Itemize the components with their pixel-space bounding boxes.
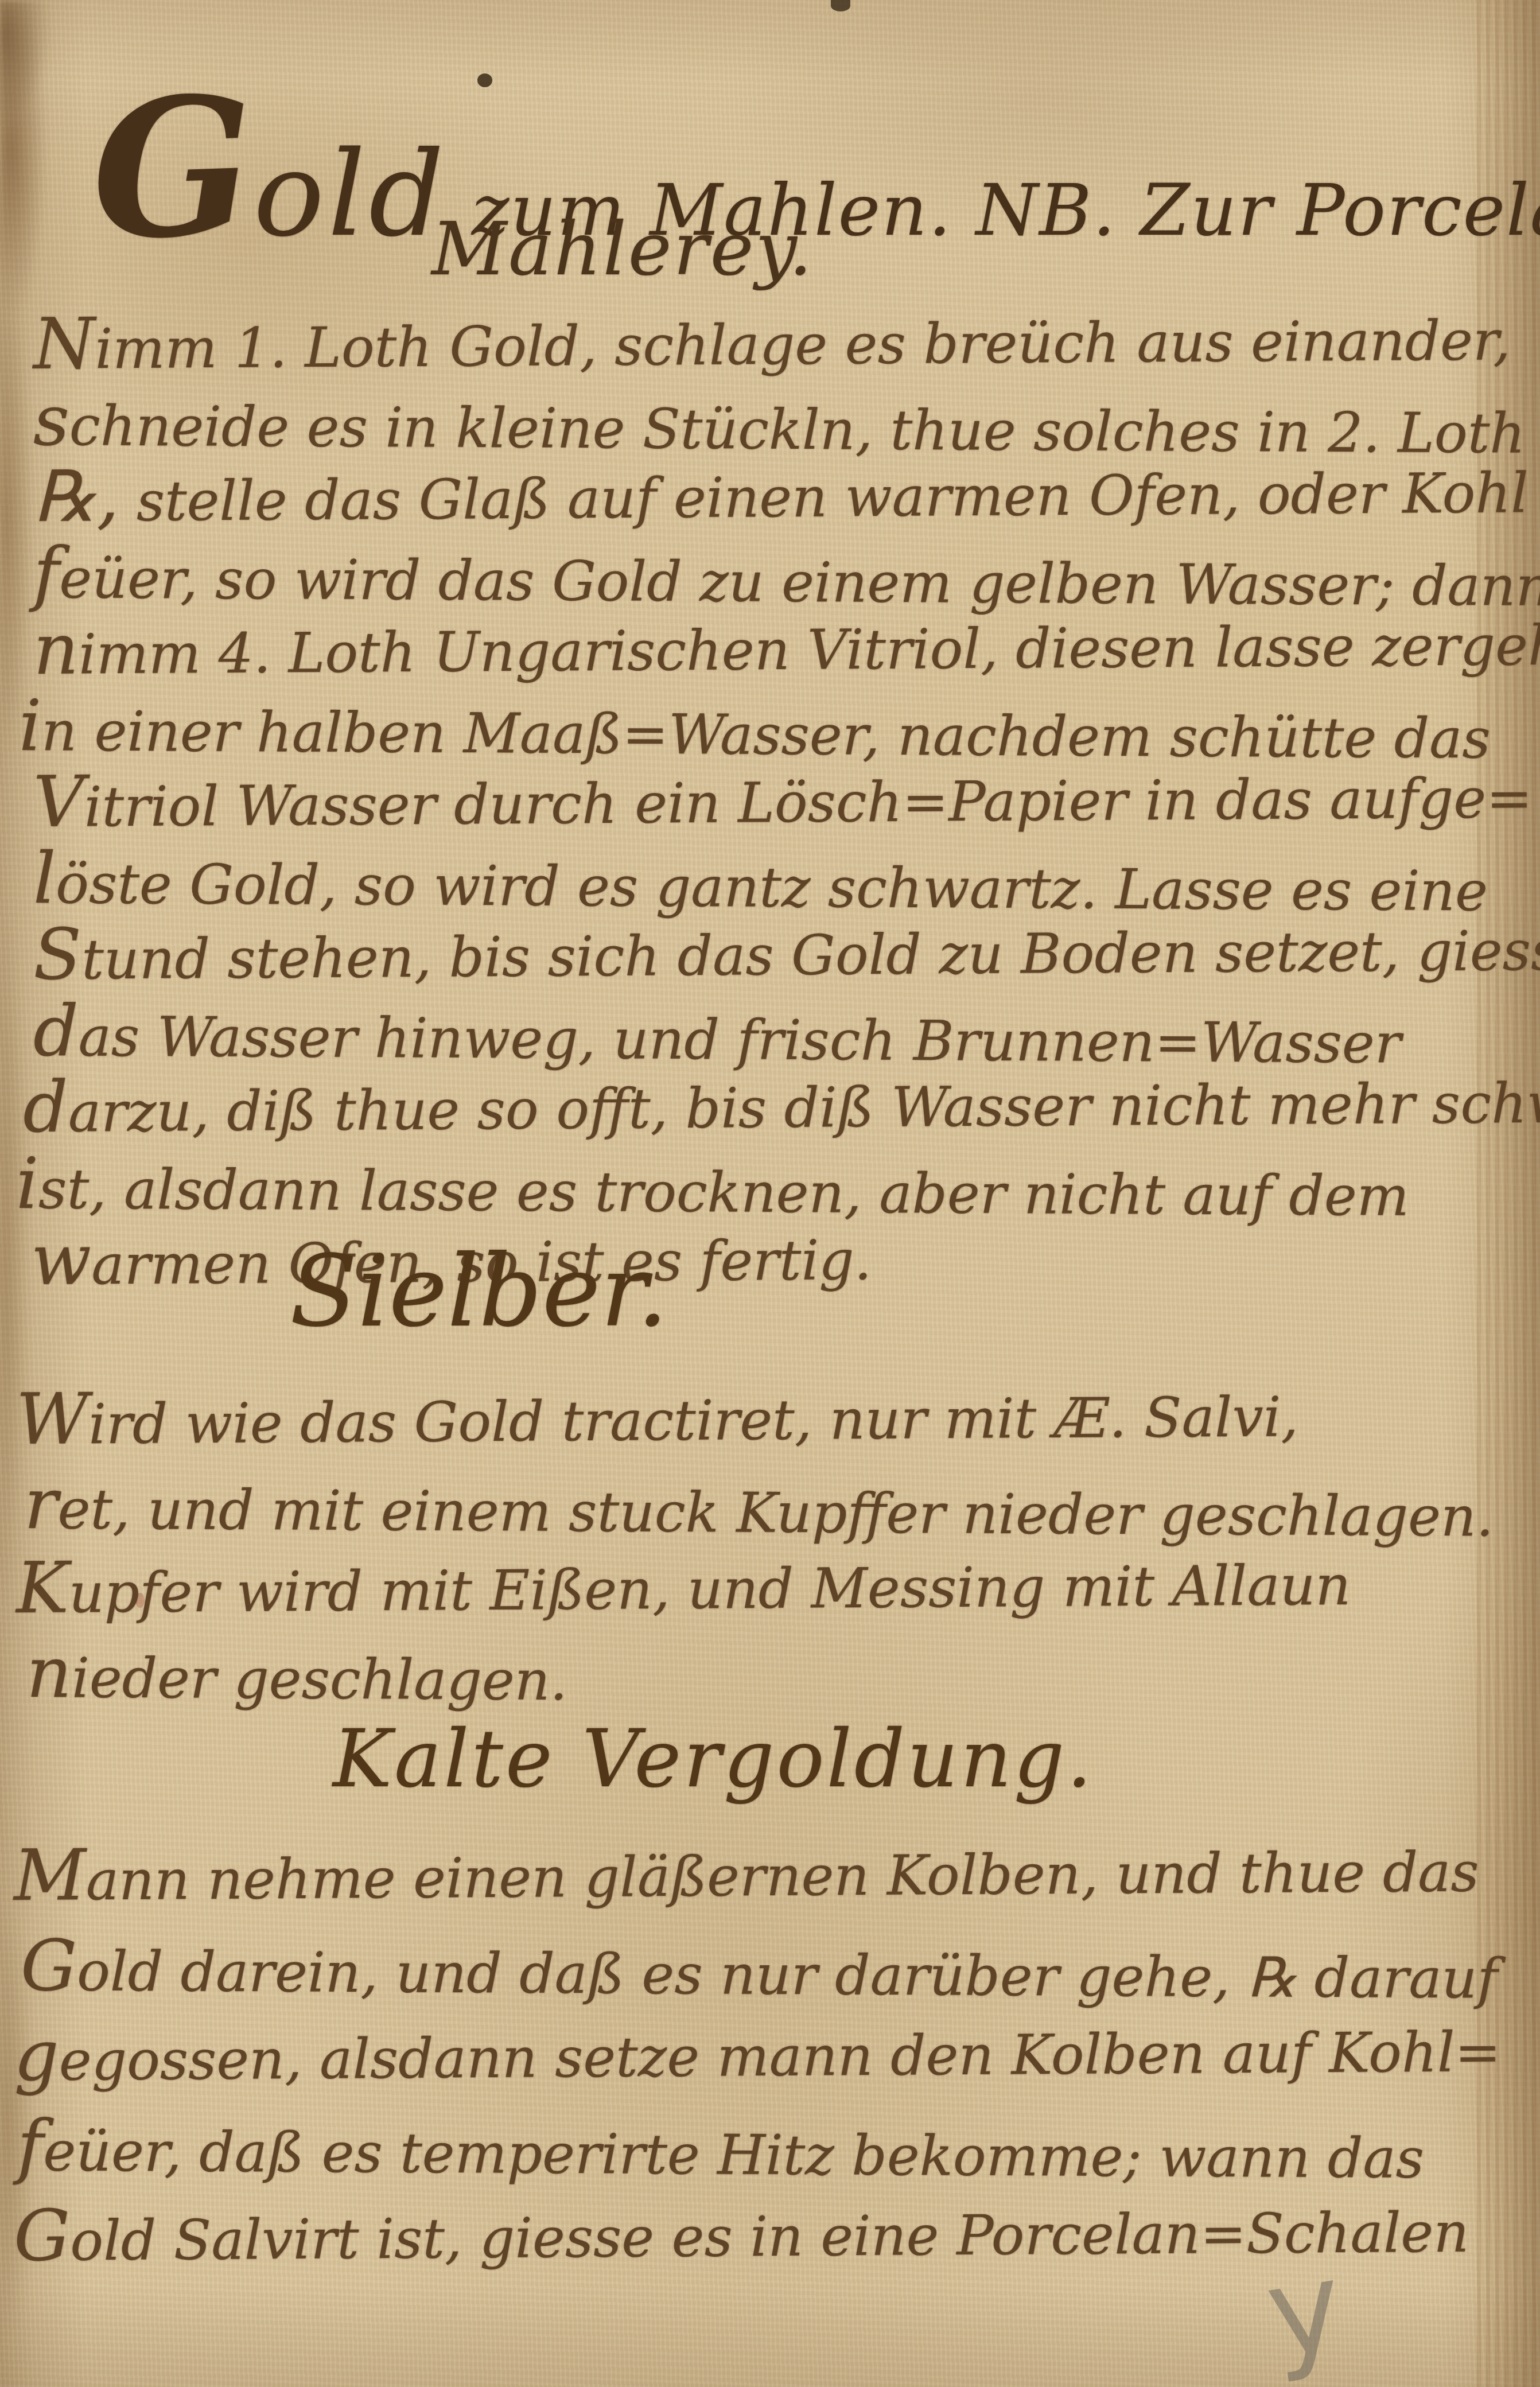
- manuscript-line: Nimm 1. Loth Gold, schlage es breüch aus…: [33, 299, 1540, 385]
- manuscript-line: ℞, stelle das Glaß auf einen warmen Ofen…: [33, 452, 1540, 538]
- manuscript-line: Mann nehme einen gläßernen Kolben, und t…: [14, 1824, 1502, 1923]
- manuscript-line: Vitriol Wasser durch ein Lösch=Papier in…: [33, 757, 1540, 843]
- page-subtitle: Mahlerey.: [431, 207, 814, 292]
- manuscript-line: nimm 4. Loth Ungarischen Vitriol, diesen…: [33, 604, 1540, 690]
- manuscript-line: Stund stehen, bis sich das Gold zu Boden…: [33, 909, 1540, 996]
- page-title: Goldzum Mahlen. NB. Zur Porcelan: [92, 73, 1540, 263]
- title-initial-G: G: [88, 71, 256, 266]
- section-heading-silber: Sielber.: [290, 1234, 668, 1349]
- recipe-paragraph-gold: Nimm 1. Loth Gold, schlage es breüch aus…: [33, 309, 1540, 1301]
- ink-speck: [831, 0, 850, 11]
- recipe-paragraph-kalte-vergoldung: Mann nehme einen gläßernen Kolben, und t…: [14, 1833, 1501, 2284]
- section-heading-kalte-vergoldung: Kalte Vergoldung.: [333, 1713, 1094, 1805]
- title-word-rest: old: [254, 126, 448, 263]
- manuscript-line: warmen Ofen, so ist es fertig.: [31, 1215, 1540, 1301]
- manuscript-line: gegossen, alsdann setze mann den Kolben …: [14, 2004, 1502, 2104]
- manuscript-line: Kupfer wird mit Eißen, und Messing mit A…: [16, 1540, 1494, 1633]
- manuscript-page: Goldzum Mahlen. NB. Zur Porcelan Mahlere…: [0, 0, 1540, 2387]
- manuscript-line: Wird wie das Gold tractiret, nur mit Æ. …: [16, 1371, 1494, 1464]
- manuscript-line: darzu, diß thue so offt, bis diß Wasser …: [23, 1062, 1540, 1148]
- recipe-paragraph-silber: Wird wie das Gold tractiret, nur mit Æ. …: [16, 1380, 1494, 1717]
- manuscript-line: nieder geschlagen.: [26, 1633, 1494, 1725]
